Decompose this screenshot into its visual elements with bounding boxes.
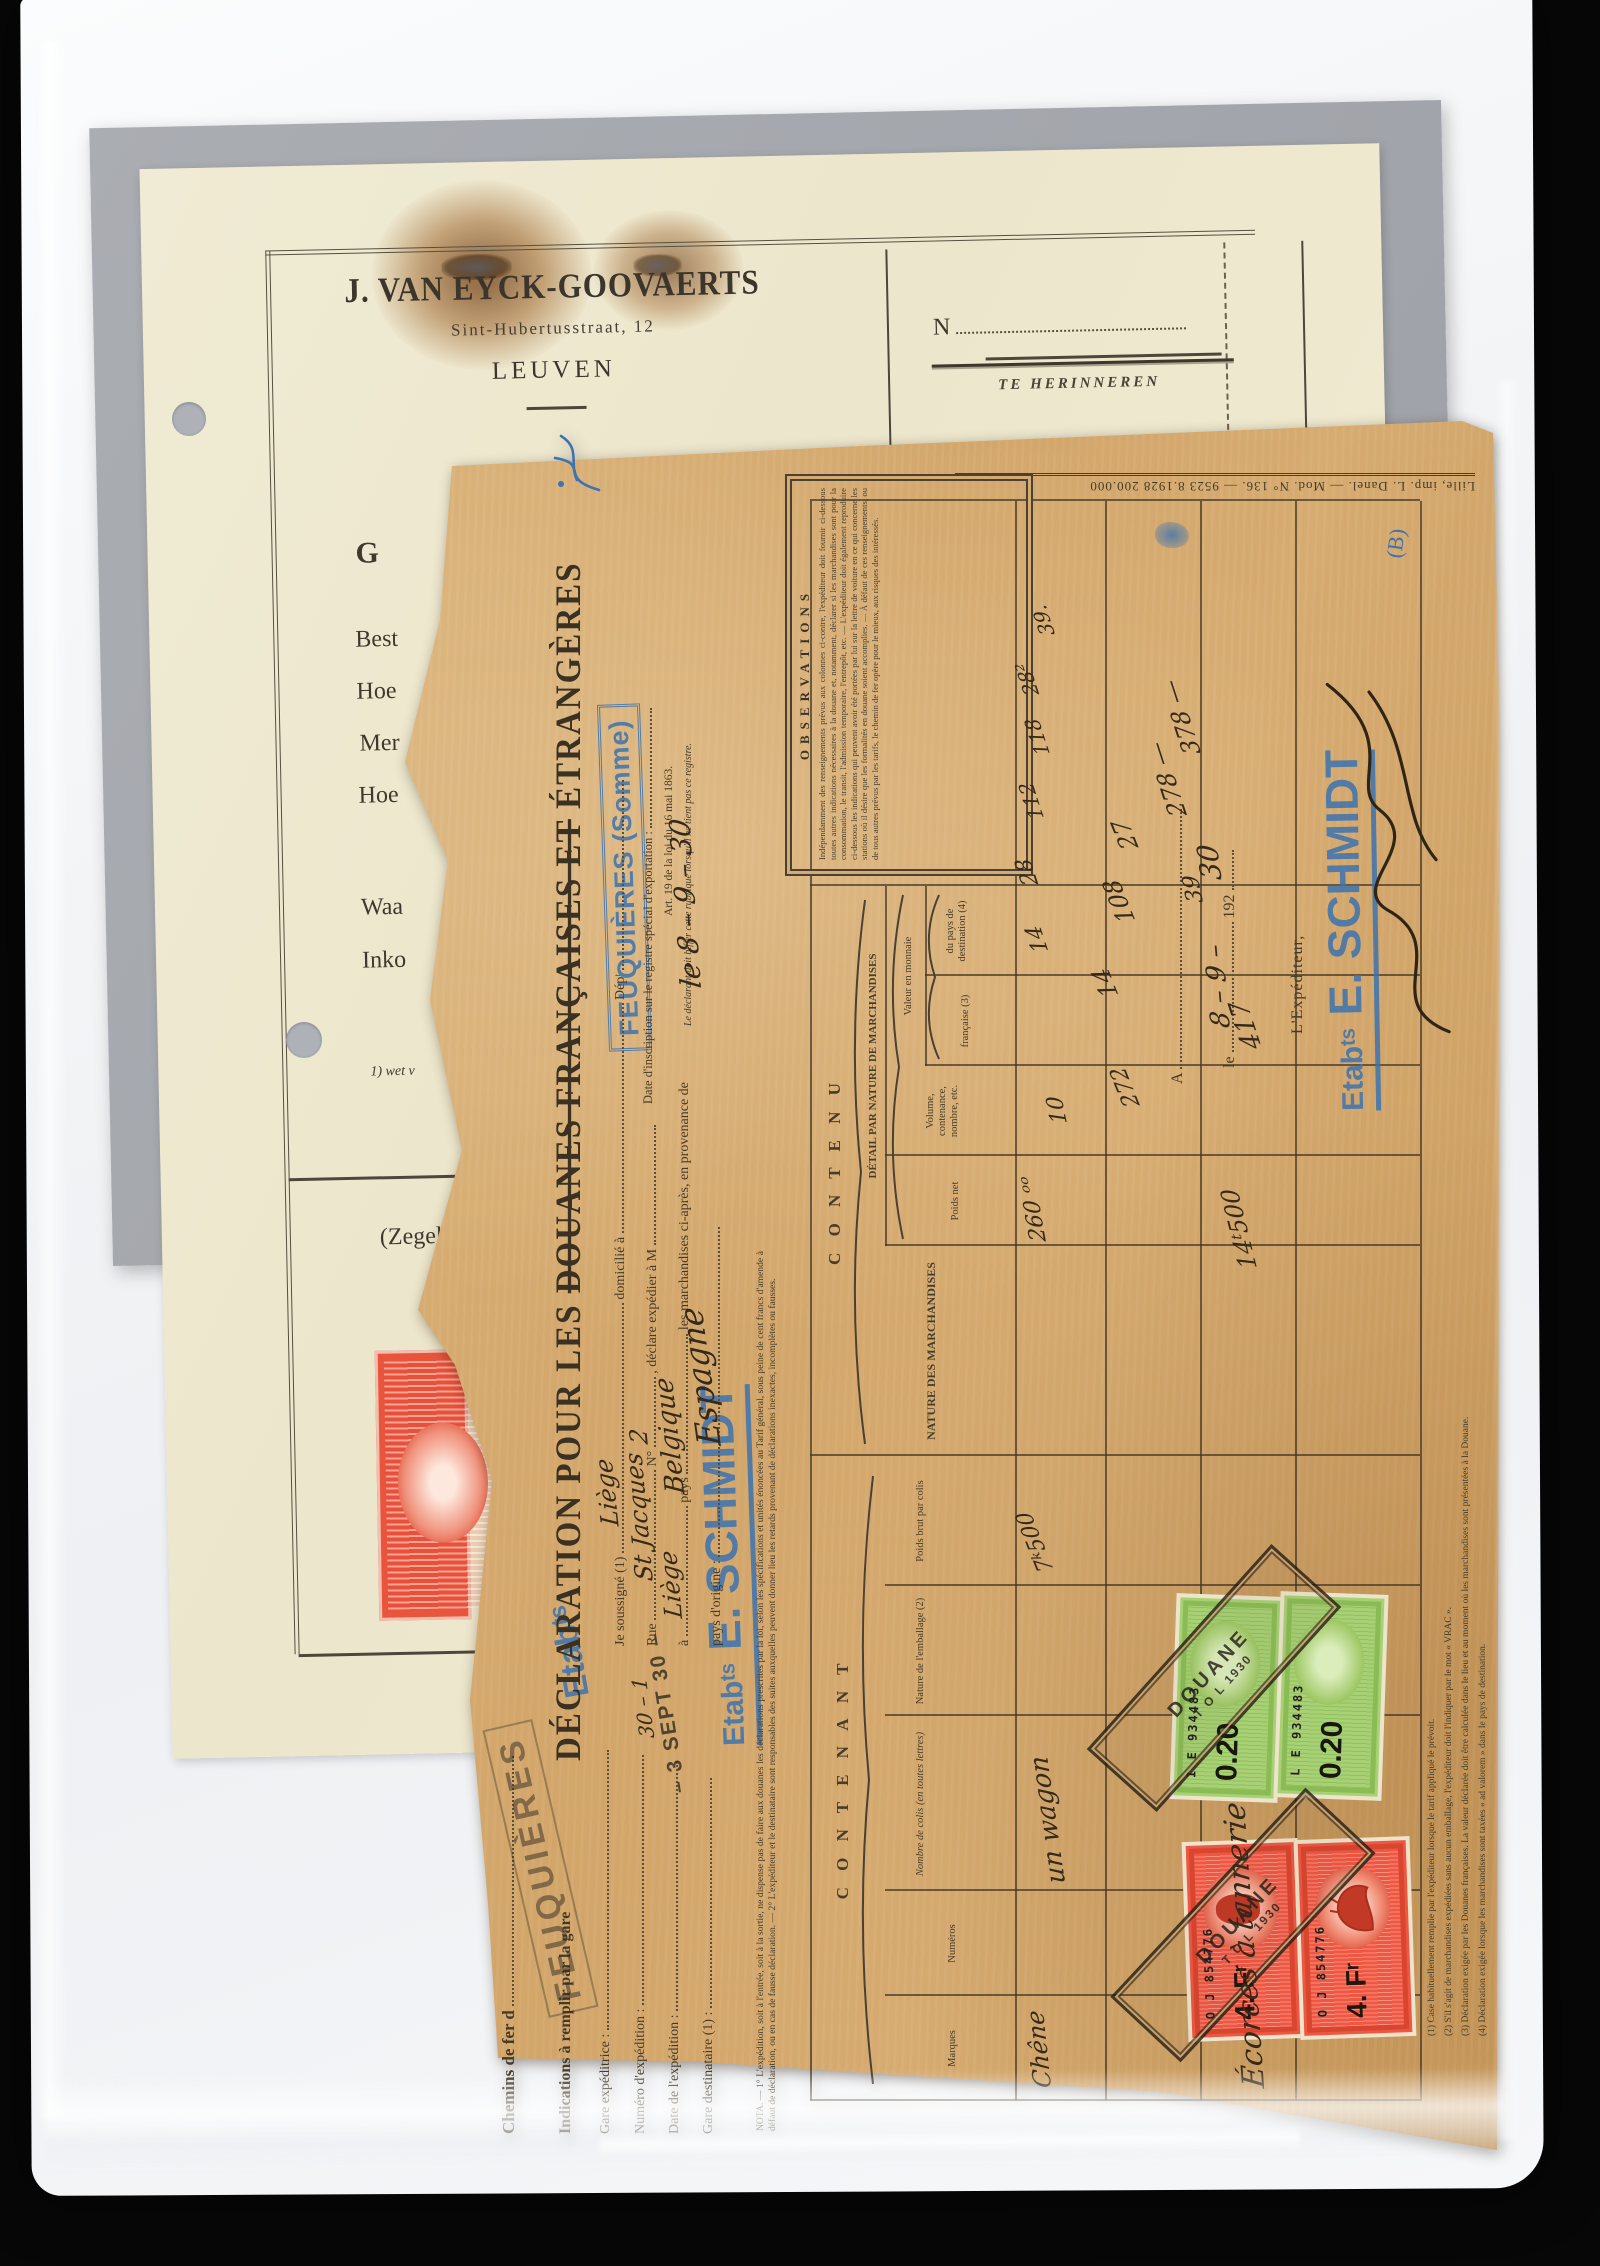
nombre-colis-header: Nombre de colis (en toutes lettres) [915, 1720, 927, 1888]
registre-line: Date d'inscription sur le registre spéci… [641, 484, 656, 1104]
volume-header: Volume, contenance, nombre, etc. [925, 1069, 961, 1153]
grid-line-vertical [885, 1584, 1420, 1586]
handwritten-entry: 10 [1042, 1096, 1073, 1124]
n-rule [932, 358, 1234, 367]
n-label: N [933, 314, 951, 340]
registre-label: Date d'inscription sur le registre spéci… [641, 831, 655, 1104]
declaration-rotated-content: Lille, imp. L. Danel. — Mod. N° 136. — 9… [455, 426, 1497, 2146]
provenance-label: les marchandises ci-après, en provenance… [677, 1082, 692, 1330]
footnote: (3) Déclaration exigée par les Douanes f… [1461, 636, 1471, 2036]
header-brace [851, 898, 867, 1446]
footnote: (4) Déclaration exigée lorsque les march… [1478, 636, 1488, 2036]
numero-line [642, 1755, 644, 2005]
observations-text: Indépendamment des renseignements prévus… [817, 488, 881, 860]
footnote: (1) Case habituellement remplie par l'ex… [1427, 636, 1437, 2036]
expedier-line [654, 1125, 656, 1245]
year-line [1232, 850, 1234, 890]
letterhead-fragment: Hoe [356, 678, 397, 706]
domicilie-label: domicilié à [613, 1237, 628, 1300]
handwritten-entry: 27 [1105, 818, 1144, 852]
header-brace [925, 893, 941, 1061]
gare-dest-line [710, 1778, 712, 2008]
green-stamp-2-serial: L E 934483 [1288, 1683, 1305, 1776]
gare-destinataire-label: Gare destinataire (1) : [701, 1778, 717, 2134]
company-city: LEUVEN [294, 351, 814, 390]
valeur-header: Valeur en monnaie [903, 889, 915, 1063]
origine-label: pays d'origine : [709, 1560, 724, 1646]
grid-line-vertical [885, 1154, 1420, 1156]
schmidt-etab: Etabᵗˢ [715, 1662, 751, 1746]
date-exp-text: Date de l'expédition : [667, 2014, 682, 2134]
blue-ink-squiggle [547, 428, 607, 498]
detail-header: DÉTAIL PAR NATURE DE MARCHANDISES [867, 889, 879, 1243]
handwritten-entry: Liège [654, 1549, 688, 1619]
handwritten-entry: un wagon [1024, 1756, 1072, 1884]
blue-ink-blot [1155, 522, 1189, 548]
nature-marchandises-header: NATURE DES MARCHANDISES [925, 1249, 937, 1453]
gare-exp-line [607, 1750, 609, 2030]
gare-exp-text: Gare expéditrice : [598, 2034, 613, 2134]
handwritten-entry: 14 [1085, 966, 1124, 1000]
gare-expeditrice-label: Gare expéditrice : [598, 1750, 614, 2134]
marques-header: Marques [947, 1996, 959, 2101]
letterhead-fragment: Best [355, 626, 398, 654]
poids-brut-header: Poids brut par colis [915, 1459, 927, 1583]
city-underline [527, 406, 587, 410]
expedier-label: , déclare expédier à M [645, 1249, 660, 1374]
valeur-pays-header: du pays de destination (4) [945, 889, 969, 973]
footnote: (2) S'il s'agit de marchandises expédiée… [1444, 636, 1454, 2036]
contenu-header: C O N T E N U [829, 896, 841, 1446]
observations-title: OBSERVATIONS [797, 488, 813, 860]
le-label: le [1221, 1056, 1238, 1068]
numero-text: Numéro d'expédition : [633, 2009, 648, 2134]
title-part-1: DÉCLARATION POUR LES [549, 1293, 589, 1761]
handwritten-entry: 7ᵏ500 [1011, 1510, 1060, 1575]
grid-line-vertical [810, 2099, 1420, 2101]
printer-imprint: Lille, imp. L. Danel. — Mod. N° 136. — 9… [955, 473, 1475, 494]
a-field-label: A [1169, 1073, 1186, 1084]
letterhead-fragment: Mer [359, 730, 400, 758]
grid-line-vertical [885, 1244, 1420, 1246]
company-name: J. VAN EYCK-GOOVAERTS [292, 261, 813, 312]
grid-line-horizontal [885, 886, 887, 1246]
title-part-struck: DOUANES FRANÇAISES ET [549, 819, 589, 1293]
soussigne-label: Je soussigné (1) [613, 1557, 628, 1646]
handwritten-entry: 30 [1190, 844, 1228, 880]
title-part-3: ÉTRANGÈRES [549, 561, 589, 819]
company-address: Sint-Hubertusstraat, 12 [293, 313, 813, 344]
frame-top-rule [265, 230, 1255, 256]
handwritten-entry: 14 [1021, 924, 1055, 954]
observations-box: OBSERVATIONS Indépendamment des renseign… [785, 474, 1033, 876]
n-number-field: N [933, 306, 1234, 341]
nature-emballage-header: Nature de l'emballage (2) [915, 1589, 927, 1713]
registre-dotl [650, 708, 652, 828]
reminder-label: TE HERINNEREN [914, 372, 1244, 396]
date-expedition-label: Date de l'expédition : [667, 1761, 683, 2134]
grid-line-horizontal [1105, 501, 1107, 2101]
annotation-b: (B) [1381, 527, 1411, 560]
letterhead-fragment: Hoe [358, 782, 399, 810]
a-label: à [677, 1640, 692, 1646]
red-stamp-2-value: 4. Fʳ [1340, 1962, 1374, 2018]
contenant-header: C O N T E N A N T [837, 1456, 849, 2101]
chemins-label: Chemins de fer d [499, 2010, 518, 2134]
year-print: 192 [1221, 894, 1238, 918]
handwritten-entry: 2 [624, 1428, 654, 1446]
numeros-header: Numéros [947, 1891, 959, 1996]
punch-hole-bottom [286, 1022, 322, 1058]
valeur-francaise-header: française (3) [960, 979, 972, 1063]
domicilie-line [622, 1003, 624, 1233]
handwritten-entry: le 8 – 9 – 30 [663, 817, 708, 989]
expediteur-label: L'Expéditeur, [1289, 935, 1307, 1034]
handwritten-entry: 14ᵗ500 [1215, 1188, 1263, 1270]
date-exp-line [676, 1761, 678, 2011]
handwritten-entry: 272 [1105, 1065, 1146, 1109]
declaration-title: DÉCLARATION POUR LES DOUANES FRANÇAISES … [549, 431, 590, 1761]
grid-line-vertical [810, 1454, 1420, 1456]
frame-left-rule [265, 250, 299, 1654]
letterhead-fragment: Waa [361, 894, 404, 922]
customs-declaration-document: Lille, imp. L. Danel. — Mod. N° 136. — 9… [398, 420, 1508, 2155]
green-stamp-2-value: 0.20 [1314, 1720, 1350, 1780]
letterhead-fragment: G [355, 536, 379, 570]
gare-dest-text: Gare destinataire (1) : [701, 2012, 716, 2134]
header-brace [859, 1474, 875, 2086]
handwritten-entry: Chêne [1021, 2010, 1057, 2089]
dept-line [622, 780, 624, 970]
handwritten-entry: 260 ᵒᵒ [1015, 1177, 1052, 1242]
a-field-line [1180, 809, 1182, 1069]
a-field: A [1169, 809, 1187, 1084]
nota-paragraph: NOTA. — 1° L'expédition, soit à l'entrée… [755, 1251, 779, 2131]
rue-label: Rue [645, 1623, 660, 1646]
n-dotted-line [956, 307, 1186, 334]
numero-expedition-label: Numéro d'expédition : [633, 1755, 649, 2134]
poids-net-header: Poids net [950, 1159, 962, 1243]
punch-hole-top [172, 402, 206, 436]
photo-scan-background: J. VAN EYCK-GOOVAERTS Sint-Hubertusstraa… [0, 0, 1600, 2266]
dept-label: Dépᵗ [613, 974, 628, 1000]
